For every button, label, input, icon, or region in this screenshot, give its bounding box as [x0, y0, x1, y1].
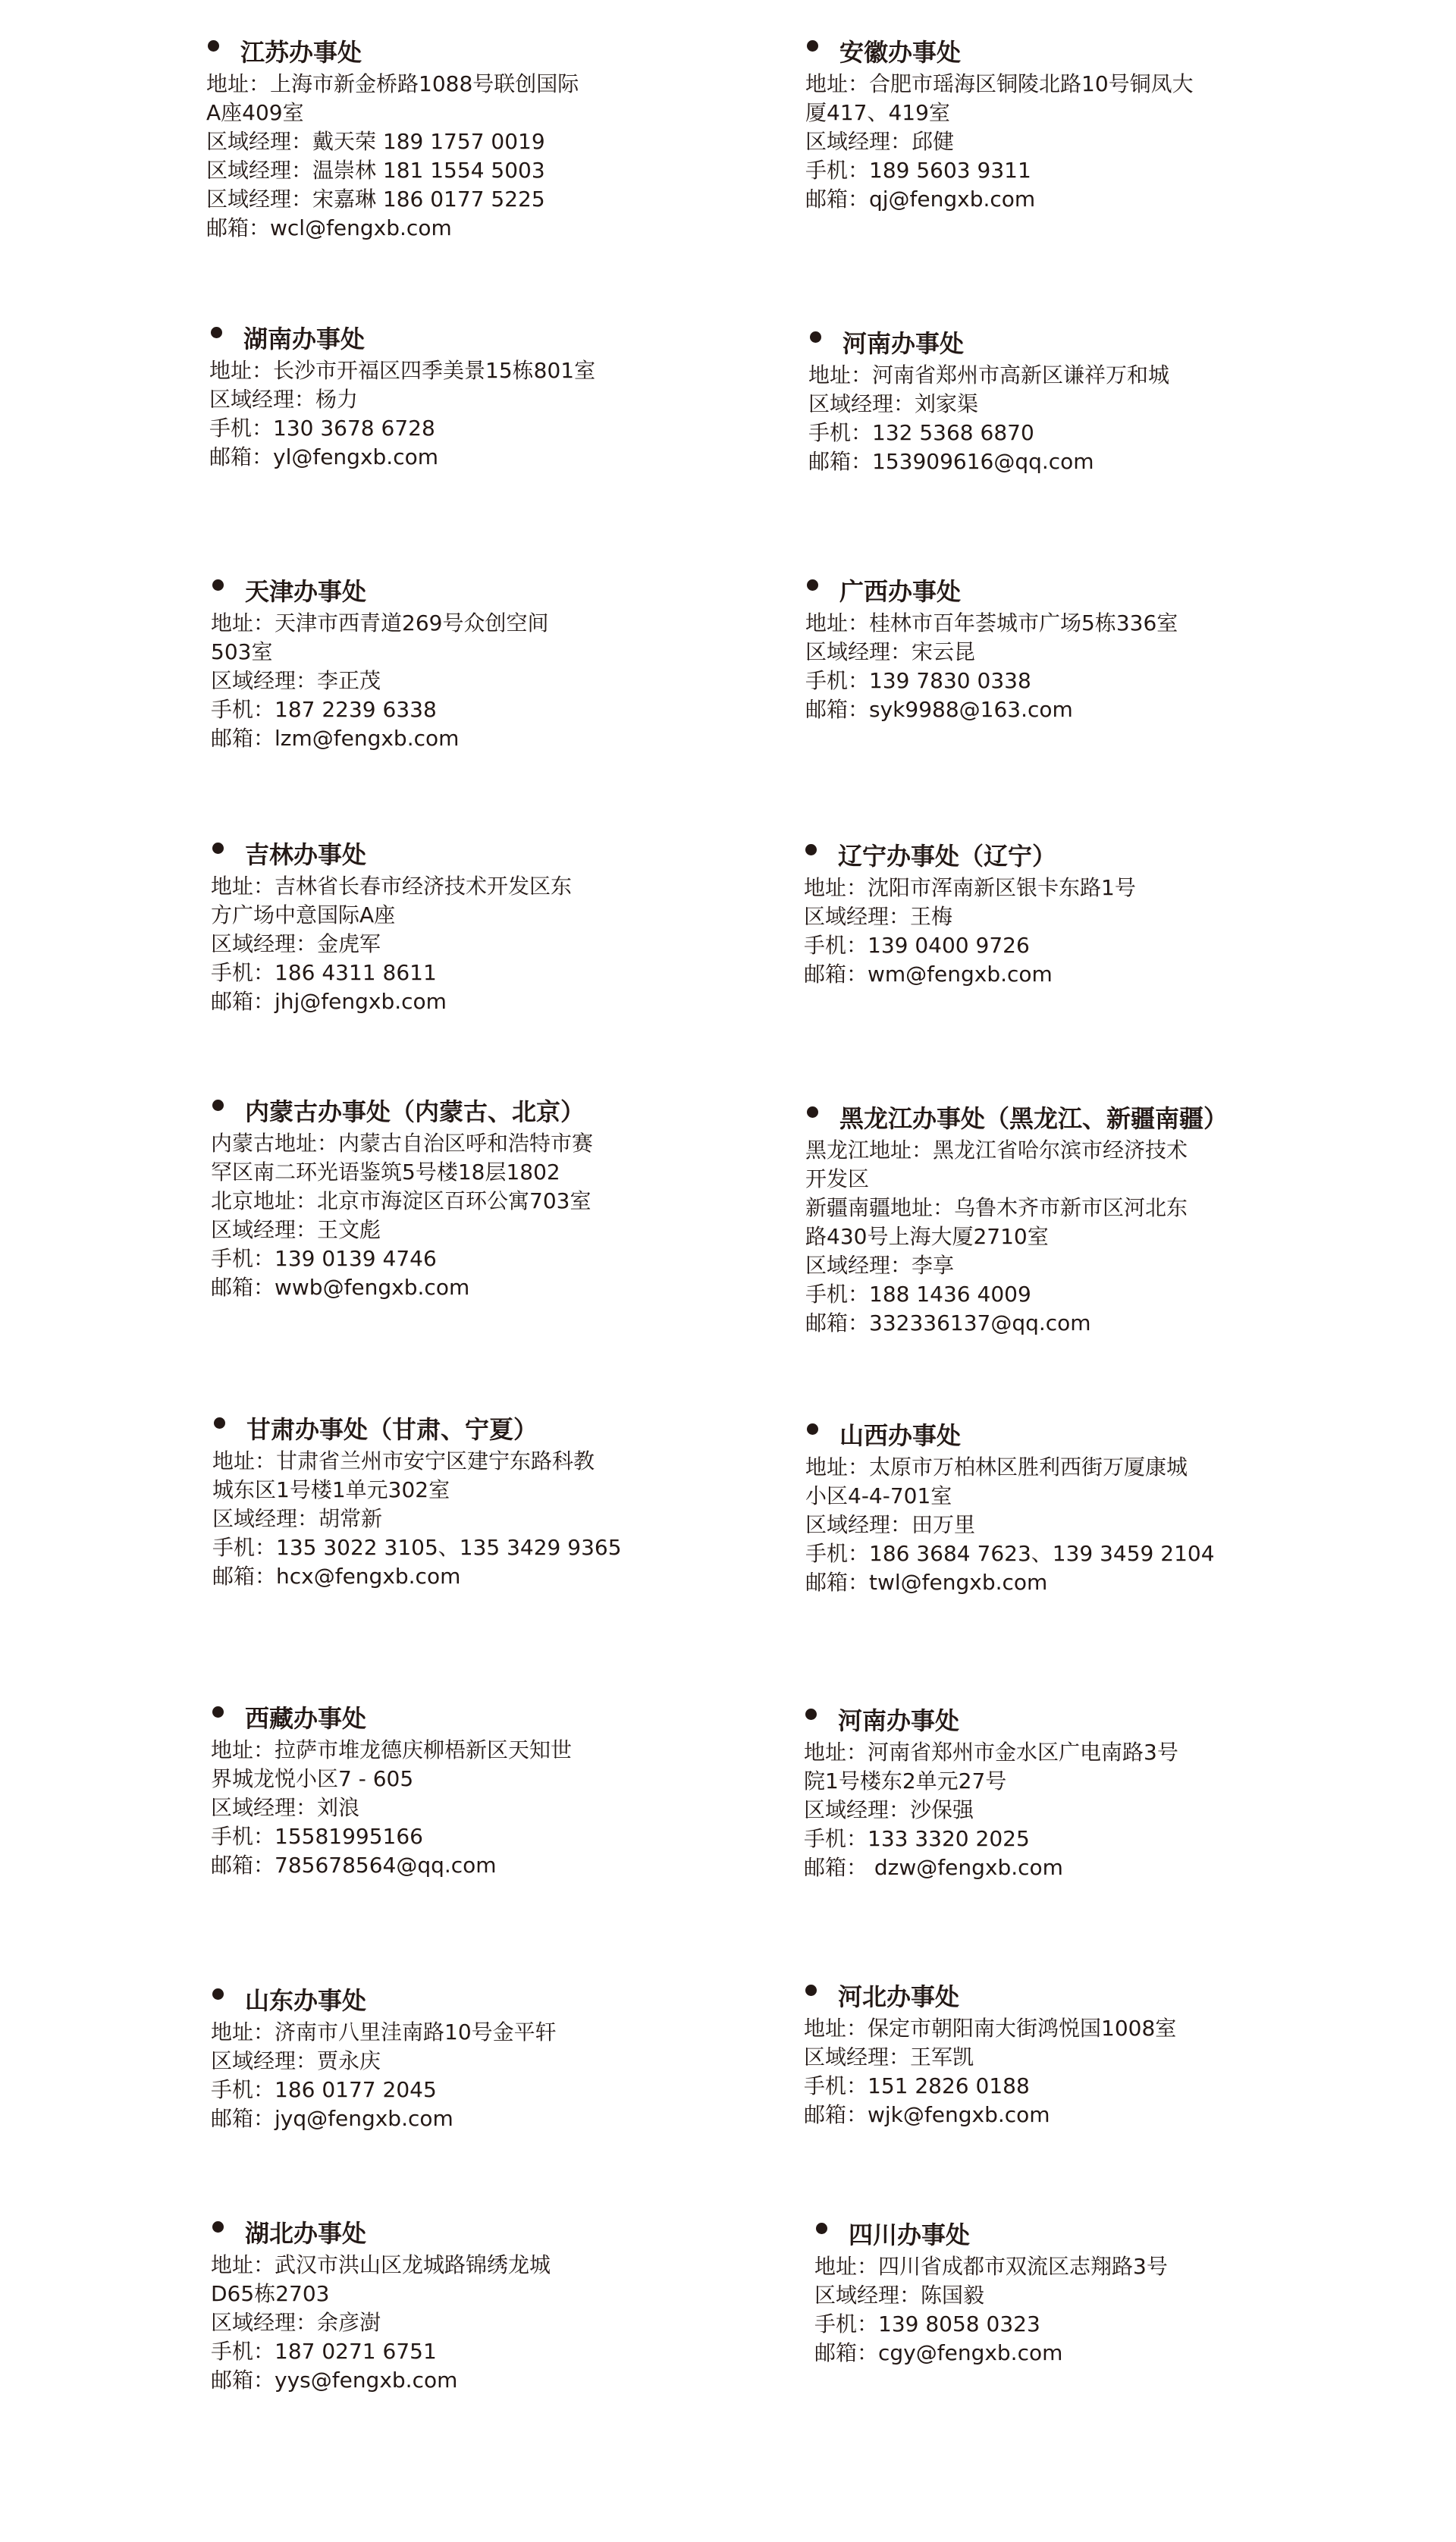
office-details: 地址：沈阳市浑南新区银卡东路1号 区域经理：王梅 手机：139 0400 972…	[804, 874, 1335, 989]
email-line: 邮箱：twl@fengxb.com	[805, 1568, 1336, 1597]
manager-line: 区域经理：戴天荣 189 1757 0019	[206, 127, 737, 156]
office-details: 地址：武汉市洪山区龙城路锦绣龙城 D65栋2703 区域经理：余彦澍 手机：18…	[211, 2251, 742, 2395]
office-shanxi: 山西办事处 地址：太原市万柏林区胜利西街万厦康城 小区4-4-701室 区域经理…	[805, 1418, 1336, 1597]
office-henan-1: 河南办事处 地址：河南省郑州市高新区谦祥万和城 区域经理：刘家渠 手机：132 …	[808, 326, 1339, 476]
address-line: 地址：吉林省长春市经济技术开发区东	[211, 872, 742, 901]
phone-line: 手机：133 3320 2025	[804, 1825, 1335, 1853]
phone-line: 手机：132 5368 6870	[808, 419, 1339, 447]
address-line: 内蒙古地址：内蒙古自治区呼和浩特市赛	[211, 1129, 742, 1158]
address-line-cont: A座409室	[206, 99, 737, 127]
phone-line: 手机：188 1436 4009	[805, 1280, 1336, 1309]
office-title: 四川办事处	[849, 2216, 970, 2251]
phone-line: 手机：189 5603 9311	[805, 156, 1336, 185]
address-line-cont: 503室	[211, 638, 742, 667]
phone-line: 手机：151 2826 0188	[804, 2072, 1335, 2101]
office-details: 地址：太原市万柏林区胜利西街万厦康城 小区4-4-701室 区域经理：田万里 手…	[805, 1453, 1336, 1597]
office-header: 黑龙江办事处（黑龙江、新疆南疆）	[805, 1101, 1336, 1133]
address-line-xinjiang: 新疆南疆地址：乌鲁木齐市新市区河北东	[805, 1194, 1336, 1222]
office-header: 湖北办事处	[211, 2216, 742, 2248]
email-line: 邮箱：yl@fengxb.com	[209, 443, 740, 472]
office-details: 地址：保定市朝阳南大街鸿悦国1008室 区域经理：王军凯 手机：151 2826…	[804, 2014, 1335, 2129]
phone-line: 手机：135 3022 3105、135 3429 9365	[212, 1533, 743, 1562]
phone-line: 手机：186 3684 7623、139 3459 2104	[805, 1539, 1336, 1568]
office-anhui: 安徽办事处 地址：合肥市瑶海区铜陵北路10号铜凤大 厦417、419室 区域经理…	[805, 35, 1336, 214]
office-jiangsu: 江苏办事处 地址：上海市新金桥路1088号联创国际 A座409室 区域经理：戴天…	[206, 35, 737, 243]
bullet-icon	[805, 1709, 817, 1720]
bullet-icon	[807, 579, 818, 591]
email-line: 邮箱：wwb@fengxb.com	[211, 1273, 742, 1302]
bullet-icon	[805, 1985, 817, 1996]
phone-line: 手机：130 3678 6728	[209, 414, 740, 443]
office-details: 地址：甘肃省兰州市安宁区建宁东路科教 城东区1号楼1单元302室 区域经理：胡常…	[212, 1447, 743, 1591]
office-details: 地址：合肥市瑶海区铜陵北路10号铜凤大 厦417、419室 区域经理：邱健 手机…	[805, 70, 1336, 214]
manager-line: 区域经理：沙保强	[804, 1796, 1335, 1825]
email-line: 邮箱：785678564@qq.com	[211, 1851, 742, 1880]
bullet-icon	[212, 843, 224, 854]
office-title: 黑龙江办事处（黑龙江、新疆南疆）	[839, 1100, 1228, 1134]
manager-line: 区域经理：金虎军	[211, 930, 742, 959]
manager-line: 区域经理：杨力	[209, 385, 740, 414]
address-line: 地址：沈阳市浑南新区银卡东路1号	[804, 874, 1335, 902]
email-line: 邮箱：wjk@fengxb.com	[804, 2101, 1335, 2129]
manager-line: 区域经理：贾永庆	[211, 2047, 742, 2076]
office-details: 地址：吉林省长春市经济技术开发区东 方广场中意国际A座 区域经理：金虎军 手机：…	[211, 872, 742, 1016]
office-details: 地址：桂林市百年荟城市广场5栋336室 区域经理：宋云昆 手机：139 7830…	[805, 609, 1336, 724]
email-line: 邮箱：jyq@fengxb.com	[211, 2104, 742, 2133]
office-liaoning: 辽宁办事处（辽宁） 地址：沈阳市浑南新区银卡东路1号 区域经理：王梅 手机：13…	[804, 839, 1335, 989]
address-line: 地址：甘肃省兰州市安宁区建宁东路科教	[212, 1447, 743, 1476]
address-line: 地址：天津市西青道269号众创空间	[211, 609, 742, 638]
manager-line: 区域经理：刘家渠	[808, 390, 1339, 419]
phone-line: 手机：187 2239 6338	[211, 695, 742, 724]
address-line: 黑龙江地址：黑龙江省哈尔滨市经济技术	[805, 1136, 1336, 1165]
bullet-icon	[212, 1100, 224, 1111]
address-line: 地址：上海市新金桥路1088号联创国际	[206, 70, 737, 99]
address-line-cont: 路430号上海大厦2710室	[805, 1222, 1336, 1251]
office-hunan: 湖南办事处 地址：长沙市开福区四季美景15栋801室 区域经理：杨力 手机：13…	[209, 322, 740, 472]
address-line-cont: 开发区	[805, 1165, 1336, 1194]
office-header: 湖南办事处	[209, 322, 740, 353]
bullet-icon	[212, 2221, 224, 2233]
email-line: 邮箱：syk9988@163.com	[805, 695, 1336, 724]
address-line: 地址：桂林市百年荟城市广场5栋336室	[805, 609, 1336, 638]
office-title: 吉林办事处	[245, 836, 366, 871]
office-title: 湖南办事处	[243, 320, 365, 355]
bullet-icon	[208, 40, 219, 52]
email-line: 邮箱： dzw@fengxb.com	[804, 1853, 1335, 1882]
office-title: 安徽办事处	[839, 33, 961, 68]
office-header: 山西办事处	[805, 1418, 1336, 1450]
manager-line: 区域经理：余彦澍	[211, 2308, 742, 2337]
office-details: 地址：长沙市开福区四季美景15栋801室 区域经理：杨力 手机：130 3678…	[209, 356, 740, 472]
office-header: 吉林办事处	[211, 837, 742, 869]
address-line-cont: 界城龙悦小区7 - 605	[211, 1765, 742, 1794]
office-details: 内蒙古地址：内蒙古自治区呼和浩特市赛 罕区南二环光语鉴筑5号楼18层1802 北…	[211, 1129, 742, 1302]
office-title: 甘肃办事处（甘肃、宁夏）	[246, 1411, 538, 1445]
office-hebei: 河北办事处 地址：保定市朝阳南大街鸿悦国1008室 区域经理：王军凯 手机：15…	[804, 1979, 1335, 2129]
manager-line: 区域经理：陈国毅	[814, 2281, 1345, 2310]
office-title: 河南办事处	[838, 1702, 959, 1737]
office-xizang: 西藏办事处 地址：拉萨市堆龙德庆柳梧新区天知世 界城龙悦小区7 - 605 区域…	[211, 1701, 742, 1880]
email-line: 邮箱：cgy@fengxb.com	[814, 2339, 1345, 2368]
address-line: 地址：武汉市洪山区龙城路锦绣龙城	[211, 2251, 742, 2280]
bullet-icon	[211, 327, 222, 338]
office-sichuan: 四川办事处 地址：四川省成都市双流区志翔路3号 区域经理：陈国毅 手机：139 …	[814, 2217, 1345, 2368]
email-line: 邮箱：qj@fengxb.com	[805, 185, 1336, 214]
office-gansu: 甘肃办事处（甘肃、宁夏） 地址：甘肃省兰州市安宁区建宁东路科教 城东区1号楼1单…	[212, 1412, 743, 1591]
office-title: 江苏办事处	[240, 33, 362, 68]
address-line: 地址：河南省郑州市金水区广电南路3号	[804, 1738, 1335, 1767]
email-line: 邮箱：wm@fengxb.com	[804, 960, 1335, 989]
address-line-cont: D65栋2703	[211, 2280, 742, 2308]
bullet-icon	[807, 40, 818, 52]
office-title: 山西办事处	[839, 1417, 961, 1451]
office-title: 河南办事处	[843, 325, 964, 359]
address-line: 地址：太原市万柏林区胜利西街万厦康城	[805, 1453, 1336, 1482]
address-line-cont: 小区4-4-701室	[805, 1482, 1336, 1511]
office-title: 湖北办事处	[245, 2214, 366, 2249]
office-tianjin: 天津办事处 地址：天津市西青道269号众创空间 503室 区域经理：李正茂 手机…	[211, 574, 742, 753]
office-details: 地址：拉萨市堆龙德庆柳梧新区天知世 界城龙悦小区7 - 605 区域经理：刘浪 …	[211, 1736, 742, 1880]
email-line: 邮箱：lzm@fengxb.com	[211, 724, 742, 753]
manager-line: 区域经理：王梅	[804, 902, 1335, 931]
bullet-icon	[807, 1106, 818, 1118]
office-title: 辽宁办事处（辽宁）	[838, 837, 1056, 872]
office-henan-2: 河南办事处 地址：河南省郑州市金水区广电南路3号 院1号楼东2单元27号 区域经…	[804, 1703, 1335, 1882]
office-details: 地址：济南市八里洼南路10号金平轩 区域经理：贾永庆 手机：186 0177 2…	[211, 2018, 742, 2133]
office-header: 河南办事处	[808, 326, 1339, 358]
address-line-cont: 罕区南二环光语鉴筑5号楼18层1802	[211, 1158, 742, 1187]
office-header: 安徽办事处	[805, 35, 1336, 67]
email-line: 邮箱：332336137@qq.com	[805, 1309, 1336, 1338]
phone-line: 手机：139 8058 0323	[814, 2310, 1345, 2339]
phone-line: 手机：139 0400 9726	[804, 931, 1335, 960]
office-title: 广西办事处	[839, 573, 961, 607]
office-title: 天津办事处	[245, 573, 366, 607]
address-line: 地址：合肥市瑶海区铜陵北路10号铜凤大	[805, 70, 1336, 99]
office-title: 西藏办事处	[245, 1699, 366, 1734]
address-line: 地址：拉萨市堆龙德庆柳梧新区天知世	[211, 1736, 742, 1765]
phone-line: 手机：187 0271 6751	[211, 2337, 742, 2366]
bullet-icon	[807, 1423, 818, 1435]
manager-line: 区域经理：王军凯	[804, 2043, 1335, 2072]
bullet-icon	[212, 1988, 224, 2000]
manager-line: 区域经理：李享	[805, 1251, 1336, 1280]
office-title: 河北办事处	[838, 1978, 959, 2013]
address-line-cont: 方广场中意国际A座	[211, 901, 742, 930]
office-title: 山东办事处	[245, 1982, 366, 2016]
office-shandong: 山东办事处 地址：济南市八里洼南路10号金平轩 区域经理：贾永庆 手机：186 …	[211, 1983, 742, 2133]
office-header: 甘肃办事处（甘肃、宁夏）	[212, 1412, 743, 1444]
bullet-icon	[214, 1417, 225, 1429]
manager-line: 区域经理：邱健	[805, 127, 1336, 156]
office-header: 西藏办事处	[211, 1701, 742, 1733]
office-header: 辽宁办事处（辽宁）	[804, 839, 1335, 871]
bullet-icon	[810, 331, 821, 343]
office-details: 地址：四川省成都市双流区志翔路3号 区域经理：陈国毅 手机：139 8058 0…	[814, 2252, 1345, 2368]
address-line: 地址：四川省成都市双流区志翔路3号	[814, 2252, 1345, 2281]
address-line: 地址：济南市八里洼南路10号金平轩	[211, 2018, 742, 2047]
email-line: 邮箱：wcl@fengxb.com	[206, 214, 737, 243]
address-line-cont: 厦417、419室	[805, 99, 1336, 127]
office-header: 江苏办事处	[206, 35, 737, 67]
office-header: 内蒙古办事处（内蒙古、北京）	[211, 1094, 742, 1126]
office-details: 地址：河南省郑州市金水区广电南路3号 院1号楼东2单元27号 区域经理：沙保强 …	[804, 1738, 1335, 1882]
office-header: 山东办事处	[211, 1983, 742, 2015]
office-hubei: 湖北办事处 地址：武汉市洪山区龙城路锦绣龙城 D65栋2703 区域经理：余彦澍…	[211, 2216, 742, 2395]
email-line: 邮箱：153909616@qq.com	[808, 447, 1339, 476]
office-details: 地址：河南省郑州市高新区谦祥万和城 区域经理：刘家渠 手机：132 5368 6…	[808, 361, 1339, 476]
office-header: 河北办事处	[804, 1979, 1335, 2011]
phone-line: 手机：186 0177 2045	[211, 2076, 742, 2104]
office-heilongjiang: 黑龙江办事处（黑龙江、新疆南疆） 黑龙江地址：黑龙江省哈尔滨市经济技术 开发区 …	[805, 1101, 1336, 1338]
phone-line: 手机：15581995166	[211, 1822, 742, 1851]
address-line: 地址：长沙市开福区四季美景15栋801室	[209, 356, 740, 385]
bullet-icon	[212, 579, 224, 591]
office-jilin: 吉林办事处 地址：吉林省长春市经济技术开发区东 方广场中意国际A座 区域经理：金…	[211, 837, 742, 1016]
address-line-cont: 院1号楼东2单元27号	[804, 1767, 1335, 1796]
office-header: 广西办事处	[805, 574, 1336, 606]
bullet-icon	[805, 844, 817, 855]
office-guangxi: 广西办事处 地址：桂林市百年荟城市广场5栋336室 区域经理：宋云昆 手机：13…	[805, 574, 1336, 724]
address-line: 地址：河南省郑州市高新区谦祥万和城	[808, 361, 1339, 390]
phone-line: 手机：186 4311 8611	[211, 959, 742, 987]
address-line: 地址：保定市朝阳南大街鸿悦国1008室	[804, 2014, 1335, 2043]
manager-line: 区域经理：李正茂	[211, 667, 742, 695]
manager-line: 区域经理：温崇林 181 1554 5003	[206, 156, 737, 185]
manager-line: 区域经理：田万里	[805, 1511, 1336, 1539]
phone-line: 手机：139 0139 4746	[211, 1244, 742, 1273]
phone-line: 手机：139 7830 0338	[805, 667, 1336, 695]
manager-line: 区域经理：刘浪	[211, 1794, 742, 1822]
office-details: 地址：上海市新金桥路1088号联创国际 A座409室 区域经理：戴天荣 189 …	[206, 70, 737, 243]
office-header: 河南办事处	[804, 1703, 1335, 1735]
office-title: 内蒙古办事处（内蒙古、北京）	[245, 1093, 585, 1128]
office-neimenggu: 内蒙古办事处（内蒙古、北京） 内蒙古地址：内蒙古自治区呼和浩特市赛 罕区南二环光…	[211, 1094, 742, 1302]
manager-line: 区域经理：胡常新	[212, 1505, 743, 1533]
address-line-cont: 城东区1号楼1单元302室	[212, 1476, 743, 1505]
manager-line: 区域经理：宋嘉琳 186 0177 5225	[206, 185, 737, 214]
bullet-icon	[212, 1706, 224, 1718]
manager-line: 区域经理：王文彪	[211, 1216, 742, 1244]
bullet-icon	[816, 2223, 827, 2234]
manager-line: 区域经理：宋云昆	[805, 638, 1336, 667]
email-line: 邮箱：hcx@fengxb.com	[212, 1562, 743, 1591]
office-details: 黑龙江地址：黑龙江省哈尔滨市经济技术 开发区 新疆南疆地址：乌鲁木齐市新市区河北…	[805, 1136, 1336, 1338]
office-header: 天津办事处	[211, 574, 742, 606]
office-details: 地址：天津市西青道269号众创空间 503室 区域经理：李正茂 手机：187 2…	[211, 609, 742, 753]
email-line: 邮箱：yys@fengxb.com	[211, 2366, 742, 2395]
address-line-beijing: 北京地址：北京市海淀区百环公寓703室	[211, 1187, 742, 1216]
email-line: 邮箱：jhj@fengxb.com	[211, 987, 742, 1016]
office-header: 四川办事处	[814, 2217, 1345, 2249]
